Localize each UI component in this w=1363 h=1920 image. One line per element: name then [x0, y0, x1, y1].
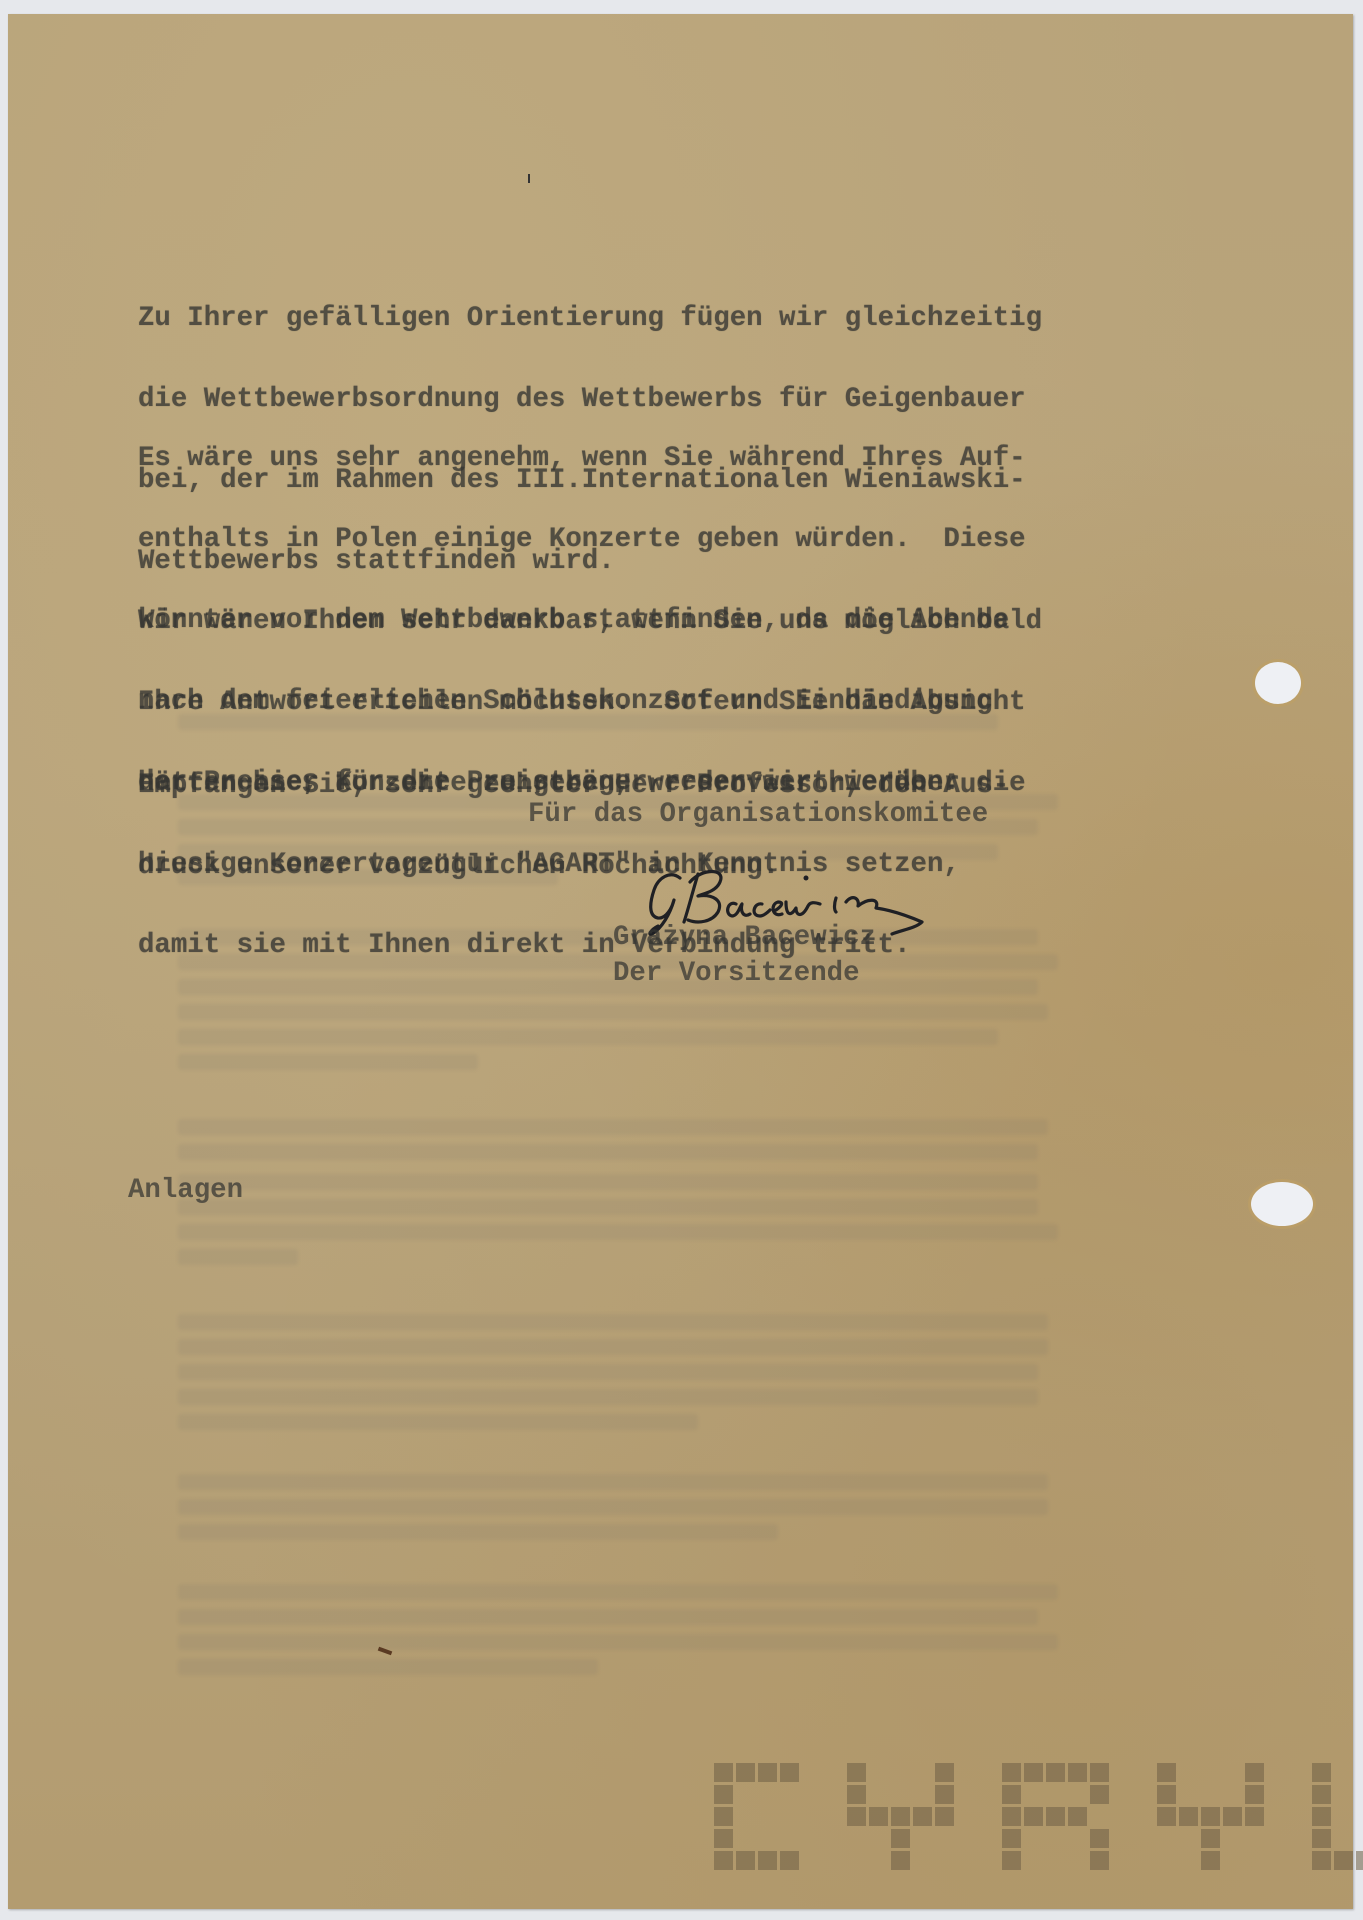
watermark-block [1312, 1829, 1331, 1848]
watermark-block [714, 1829, 733, 1848]
watermark-block [714, 1763, 733, 1782]
watermark-block [1002, 1851, 1021, 1870]
watermark-block [1157, 1807, 1176, 1826]
watermark-block [1024, 1807, 1043, 1826]
watermark-block [1024, 1763, 1043, 1782]
watermark-block [1090, 1763, 1109, 1782]
text-line: enthalts in Polen einige Konzerte geben … [138, 526, 1026, 553]
text-line: Zu Ihrer gefälligen Orientierung fügen w… [138, 305, 1042, 332]
watermark-block [935, 1785, 954, 1804]
watermark-block [869, 1807, 888, 1826]
watermark-block [1046, 1807, 1065, 1826]
watermark-block [1312, 1807, 1331, 1826]
watermark-block [1157, 1785, 1176, 1804]
watermark-block [1157, 1763, 1176, 1782]
text-line: Ihre Antwort erteilen möchten. Sofern Si… [138, 689, 1042, 716]
watermark-block [847, 1763, 866, 1782]
watermark-block [891, 1829, 910, 1848]
watermark-block [1002, 1785, 1021, 1804]
watermark-block [1002, 1807, 1021, 1826]
watermark-block [1312, 1785, 1331, 1804]
watermark-block [1002, 1763, 1021, 1782]
watermark-block [1312, 1763, 1331, 1782]
text-line: Wir wären Ihnen sehr dankbar, wenn Sie u… [138, 608, 1042, 635]
paper-speck [528, 174, 530, 183]
watermark-block [891, 1851, 910, 1870]
text-line: Es wäre uns sehr angenehm, wenn Sie währ… [138, 445, 1026, 472]
watermark-block [913, 1807, 932, 1826]
punch-hole-top [1255, 662, 1301, 704]
watermark-block [891, 1807, 910, 1826]
watermark-block [1068, 1763, 1087, 1782]
watermark-block [758, 1763, 777, 1782]
watermark-block [1356, 1851, 1363, 1870]
watermark-block [758, 1851, 777, 1870]
watermark-block [1201, 1851, 1220, 1870]
watermark-block [1201, 1807, 1220, 1826]
watermark-block [847, 1785, 866, 1804]
watermark-block [1245, 1763, 1264, 1782]
watermark-block [780, 1851, 799, 1870]
document-page: Zu Ihrer gefälligen Orientierung fügen w… [8, 14, 1353, 1909]
watermark-block [1046, 1763, 1065, 1782]
watermark-block [1223, 1807, 1242, 1826]
watermark-block [1002, 1829, 1021, 1848]
watermark-block [1245, 1807, 1264, 1826]
watermark-block [1334, 1851, 1353, 1870]
watermark-block [1090, 1851, 1109, 1870]
watermark-block [1090, 1829, 1109, 1848]
watermark-block [736, 1851, 755, 1870]
watermark-block [847, 1807, 866, 1826]
watermark-block [780, 1763, 799, 1782]
punch-hole-bottom [1251, 1182, 1313, 1226]
watermark-block [935, 1807, 954, 1826]
watermark-block [1179, 1807, 1198, 1826]
watermark-block [714, 1785, 733, 1804]
watermark-block [1245, 1785, 1264, 1804]
watermark-block [1090, 1785, 1109, 1804]
watermark-block [714, 1807, 733, 1826]
on-behalf-line: Für das Organisationskomitee [528, 801, 988, 828]
enclosures-label: Anlagen [128, 1177, 243, 1204]
watermark-block [1068, 1807, 1087, 1826]
watermark-block [714, 1851, 733, 1870]
signatory-name: Grażyna Bacewicz [613, 924, 876, 951]
watermark-block [1312, 1851, 1331, 1870]
signatory-title: Der Vorsitzende [613, 960, 860, 987]
watermark-block [1201, 1829, 1220, 1848]
watermark-block [935, 1763, 954, 1782]
watermark-block [736, 1763, 755, 1782]
text-line: Empfangen Sie, sehr geehrter Herr Profes… [138, 772, 1009, 799]
